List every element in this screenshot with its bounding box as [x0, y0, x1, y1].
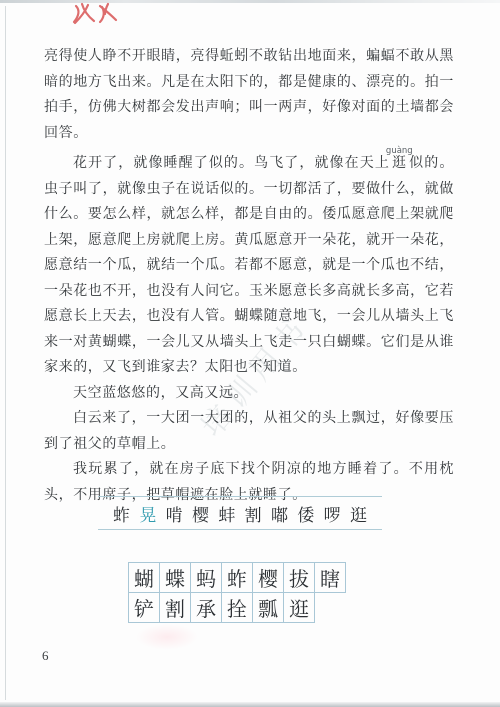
- page-number: 6: [42, 648, 49, 664]
- pinyin-label: guàng: [386, 146, 413, 156]
- recognize-char: 啃: [166, 501, 183, 526]
- grid-cell: 蝶: [159, 562, 191, 593]
- grid-cell: 拴: [221, 592, 253, 623]
- grid-row: 蝴蝶蚂蚱樱拔瞎: [128, 562, 346, 593]
- grid-cell: 拔: [283, 562, 315, 593]
- recognize-char: 蚱: [113, 501, 130, 526]
- recognize-char: 晃: [139, 501, 156, 526]
- paragraph: 花开了，就像睡醒了似的。鸟飞了，就像在天上逛guàng似的。虫子叫了，就像虫子在…: [44, 146, 454, 381]
- recognize-characters-band: 蚱晃啃樱蚌割嘟倭啰逛: [98, 496, 382, 530]
- paragraph: 白云来了，一大团一大团的，从祖父的头上飘过，好像要压到了祖父的草帽上。: [44, 406, 454, 457]
- pink-smudge-mark: [136, 624, 198, 650]
- recognize-char: 蚌: [218, 501, 235, 526]
- paragraph: 天空蓝悠悠的，又高又远。: [44, 381, 454, 407]
- recognize-char: 逛: [350, 501, 367, 526]
- recognize-char: 倭: [297, 501, 314, 526]
- paragraph: 亮得使人睁不开眼睛，亮得蚯蚓不敢钻出地面来，蝙蝠不敢从黑暗的地方飞出来。凡是在太…: [44, 44, 454, 146]
- grid-cell: 樱: [252, 562, 284, 593]
- red-pen-mark-icon: [72, 1, 120, 27]
- grid-cell: 承: [190, 592, 222, 623]
- grid-cell: 瓢: [252, 592, 284, 623]
- grid-cell: 蚱: [221, 562, 253, 593]
- recognize-char: 嘟: [271, 501, 288, 526]
- textbook-page: 培训用书 亮得使人睁不开眼睛，亮得蚯蚓不敢钻出地面来，蝙蝠不敢从黑暗的地方飞出来…: [0, 0, 500, 707]
- recognize-char: 啰: [324, 501, 341, 526]
- page-bottom-edge: [0, 702, 500, 707]
- pinyin-annotated-char: 逛guàng: [390, 156, 409, 171]
- page-left-edge: [5, 6, 6, 700]
- recognize-char: 樱: [192, 501, 209, 526]
- grid-cell: 瞎: [314, 562, 346, 593]
- grid-cell: 蚂: [190, 562, 222, 593]
- writing-practice-grid: 蝴蝶蚂蚱樱拔瞎铲割承拴瓢逛: [128, 562, 346, 623]
- grid-cell: 割: [159, 592, 191, 623]
- recognize-char: 割: [245, 501, 262, 526]
- grid-cell: 蝴: [128, 562, 160, 593]
- grid-row: 铲割承拴瓢逛: [128, 592, 346, 623]
- grid-cell: 逛: [283, 592, 315, 623]
- grid-cell: 铲: [128, 592, 160, 623]
- passage: 亮得使人睁不开眼睛，亮得蚯蚓不敢钻出地面来，蝙蝠不敢从黑暗的地方飞出来。凡是在太…: [44, 44, 454, 508]
